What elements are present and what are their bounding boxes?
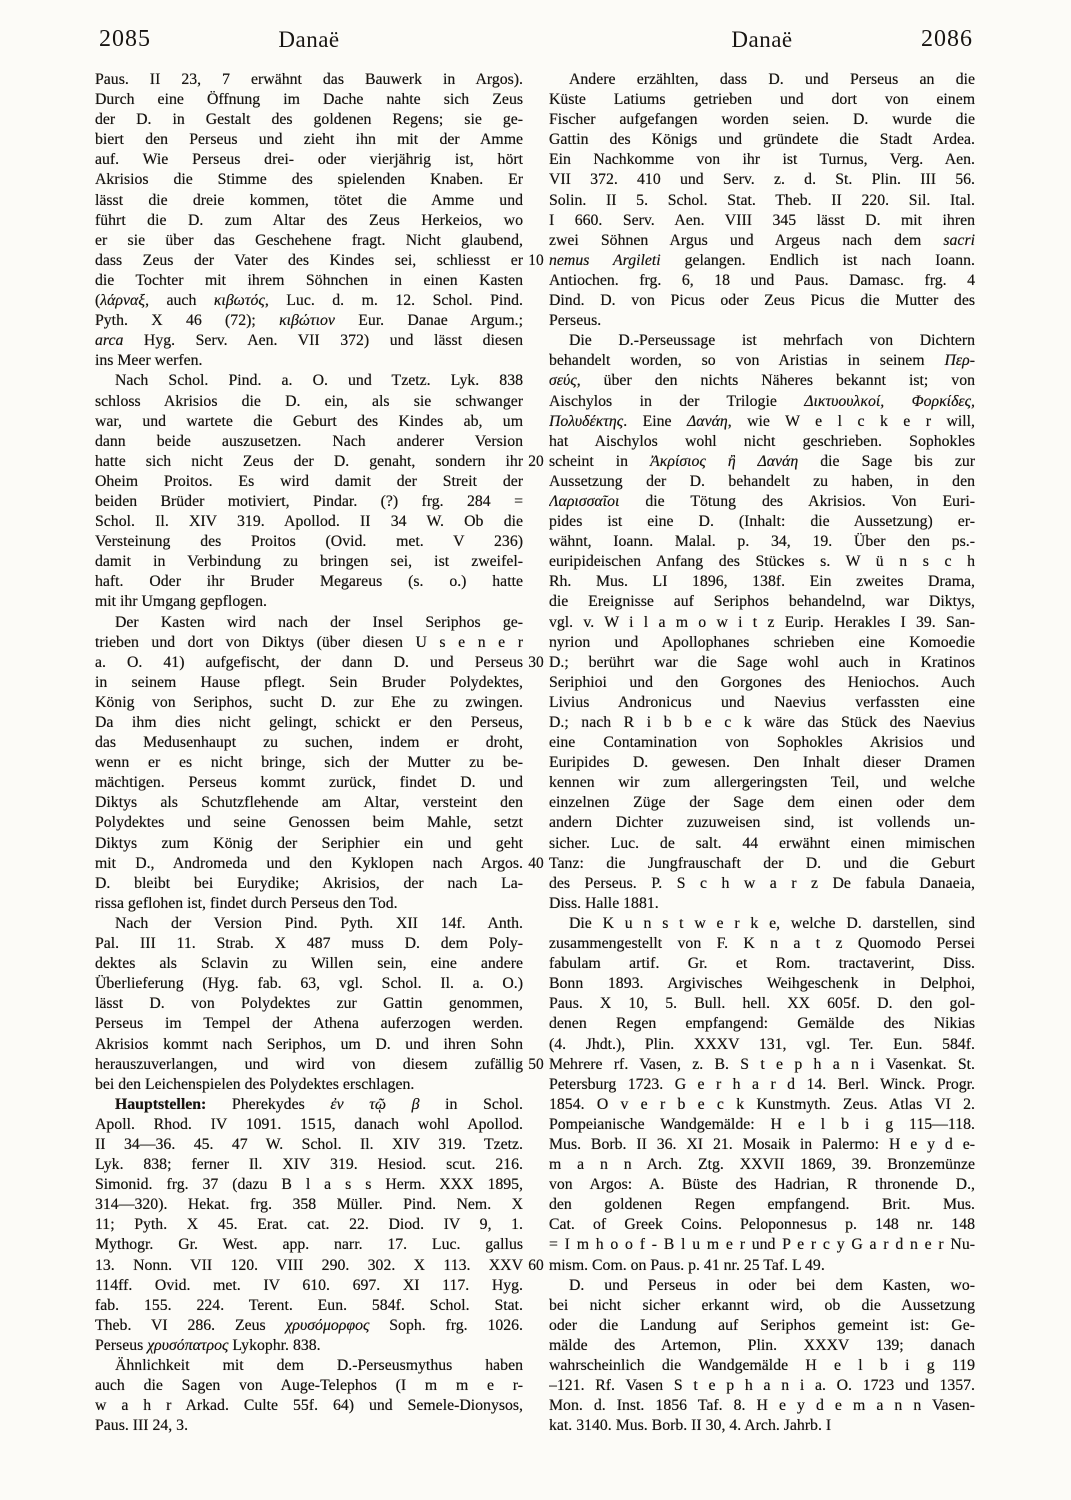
text-line: Seriphioi und den Gorgones des Heniochos… (549, 673, 975, 693)
text-line: Küste Latiums getrieben und dort von ein… (549, 90, 975, 110)
column-title-right: Danaë (549, 27, 975, 53)
text-line: des Perseus. P. S c h w a r z De fabula … (549, 874, 975, 894)
text-line: Πολυδέκτης. Eine Δανάη, wie W e l c k e … (549, 412, 975, 432)
text-line: Perseus im Tempel der Athena auferzogen … (95, 1014, 523, 1034)
text-line: Ähnlichkeit mit dem D.-Perseusmythus hab… (95, 1356, 523, 1376)
text-line: Bonn 1893. Argivisches Weihgeschenk in D… (549, 974, 975, 994)
text-line: Diktys zum König der Seriphier ein und g… (95, 834, 523, 854)
text-line: –121. Rf. Vasen S t e p h a n i a. O. 17… (549, 1376, 975, 1396)
text-line: pides ist eine D. (Inhalt: die Aussetzun… (549, 512, 975, 532)
paragraph: Die D.-Perseussage ist mehrfach von Dich… (549, 331, 975, 914)
text-line: D. und Perseus in oder bei dem Kasten, w… (549, 1276, 975, 1296)
text-line: Paus. X 10, 5. Bull. hell. XX 605f. D. d… (549, 994, 975, 1014)
text-line: hat Aischylos wohl nicht geschrieben. So… (549, 432, 975, 452)
text-line: Aischylos in der Trilogie Δικτυουλκοί, Φ… (549, 392, 975, 412)
paragraph: Nach der Version Pind. Pyth. XII 14f. An… (95, 914, 523, 1095)
text-line: Die K u n s t w e r k e, welche D. darst… (549, 914, 975, 934)
text-line: m a n n Arch. Ztg. XXVII 1869, 39. Bronz… (549, 1155, 975, 1175)
text-line: euripideischen Anfang des Stückes s. W ü… (549, 552, 975, 572)
text-line: Akrisios die Stimme des spielenden Knabe… (95, 170, 523, 190)
text-column-right: Andere erzählten, dass D. und Perseus an… (549, 70, 975, 1436)
text-line: kat. 3140. Mus. Borb. II 30, 4. Arch. Ja… (549, 1416, 975, 1436)
text-line: trieben und dort von Diktys (über diesen… (95, 633, 523, 653)
text-line: fab. 155. 224. Terent. Eun. 584f. Schol.… (95, 1296, 523, 1316)
text-line: auf. Wie Perseus drei- oder vierjährig i… (95, 150, 523, 170)
text-line: dektes als Sclavin zu Willen sein, eine … (95, 954, 523, 974)
text-line: haft. Oder ihr Bruder Megareus (s. o.) h… (95, 572, 523, 592)
text-line: Paus. III 24, 3. (95, 1416, 523, 1436)
text-line: biert den Perseus und zieht ihn mit der … (95, 130, 523, 150)
text-line: Paus. II 23, 7 erwähnt das Bauwerk in Ar… (95, 70, 523, 90)
text-line: Akrisios kommt nach Seriphos, um D. und … (95, 1035, 523, 1055)
text-line: lässt D. von Polydektes zur Gattin genom… (95, 994, 523, 1014)
text-line: Andere erzählten, dass D. und Perseus an… (549, 70, 975, 90)
text-line: mit ihr Umgang gepflogen. (95, 592, 523, 612)
text-line: a. O. 41) aufgefischt, der dann D. und P… (95, 653, 523, 673)
text-line: die Ereignisse auf Seriphos behandelnd, … (549, 592, 975, 612)
text-line: oder die Landung auf Seriphos gemeint is… (549, 1316, 975, 1336)
line-number: 10 (523, 251, 549, 271)
line-number-gutter: 102030405060 (523, 70, 549, 1440)
paragraph: Paus. II 23, 7 erwähnt das Bauwerk in Ar… (95, 70, 523, 371)
text-line: = I m h o o f - B l u m e r und P e r c … (549, 1235, 975, 1255)
text-line: 314—320). Hekat. frg. 358 Müller. Pind. … (95, 1195, 523, 1215)
text-line: w a h r Arkad. Culte 55f. 64) und Semele… (95, 1396, 523, 1416)
text-line: (λάρναξ, auch κιβωτός, Luc. d. m. 12. Sc… (95, 291, 523, 311)
paragraph: D. und Perseus in oder bei dem Kasten, w… (549, 1276, 975, 1437)
text-line: führt die D. zum Altar des Zeus Herkeios… (95, 211, 523, 231)
text-line: Versteinung des Proitos (Ovid. met. V 23… (95, 532, 523, 552)
text-line: Die D.-Perseussage ist mehrfach von Dich… (549, 331, 975, 351)
text-line: bei nicht sicher erkannt wird, ob die Au… (549, 1296, 975, 1316)
text-line: auch die Sagen von Auge-Telephos (I m m … (95, 1376, 523, 1396)
text-line: σεύς, über den nichts Näheres bekannt is… (549, 371, 975, 391)
text-line: Ein Nachkomme von ihr ist Turnus, Verg. … (549, 150, 975, 170)
text-line: eine Contamination von Sophokles Akrisio… (549, 733, 975, 753)
text-line: sicher. Luc. de salt. 44 erwähnt einen m… (549, 834, 975, 854)
text-line: Oheim Proitos. Es wird damit der Streit … (95, 472, 523, 492)
text-line: I 660. Serv. Aen. VIII 345 lässt D. mit … (549, 211, 975, 231)
text-line: Durch eine Öffnung im Dache nahte sich Z… (95, 90, 523, 110)
paragraph: Nach Schol. Pind. a. O. und Tzetz. Lyk. … (95, 371, 523, 612)
text-line: Simonid. frg. 37 (dazu B l a s s Herm. X… (95, 1175, 523, 1195)
text-line: dann beide auszusetzen. Nach anderer Ver… (95, 432, 523, 452)
text-line: Diktys als Schutzflehende am Altar, vers… (95, 793, 523, 813)
page-number-right: 2086 (921, 26, 973, 53)
text-line: vgl. v. W i l a m o w i t z Eurip. Herak… (549, 613, 975, 633)
line-number: 50 (523, 1055, 549, 1075)
text-line: Mon. d. Inst. 1856 Taf. 8. H e y d e m a… (549, 1396, 975, 1416)
text-line: damit in Verbindung zu bringen sei, ist … (95, 552, 523, 572)
text-line: zwei Söhnen Argus und Argeus nach dem sa… (549, 231, 975, 251)
paragraph: Ähnlichkeit mit dem D.-Perseusmythus hab… (95, 1356, 523, 1436)
column-title-left: Danaë (95, 27, 523, 53)
text-line: D.; nach R i b b e c k wäre das Stück de… (549, 713, 975, 733)
text-line: wahrscheinlich die Wandgemälde H e l b i… (549, 1356, 975, 1376)
text-line: Schol. Il. XIV 319. Apollod. II 34 W. Ob… (95, 512, 523, 532)
text-line: beiden Brüder motiviert, Pindar. (?) frg… (95, 492, 523, 512)
text-line: lässt die dreie kommen, tötet die Amme u… (95, 191, 523, 211)
text-line: Mehrere rf. Vasen, z. B. S t e p h a n i… (549, 1055, 975, 1075)
text-line: Aussetzung der D. behandelt zu haben, in… (549, 472, 975, 492)
text-line: mit D., Andromeda und den Kyklopen nach … (95, 854, 523, 874)
paragraph: Der Kasten wird nach der Insel Seriphos … (95, 613, 523, 914)
text-line: (4. Jhdt.), Plin. XXXV 131, vgl. Ter. Eu… (549, 1035, 975, 1055)
text-line: Dind. D. von Picus oder Zeus Picus die M… (549, 291, 975, 311)
text-line: in seinem Hause pflegt. Sein Bruder Poly… (95, 673, 523, 693)
text-line: D.; berührt war die Sage wohl auch in Kr… (549, 653, 975, 673)
text-line: zusammengestellt von F. K n a t z Quomod… (549, 934, 975, 954)
text-line: nemus Argileti gelangen. Endlich ist nac… (549, 251, 975, 271)
text-line: Nach der Version Pind. Pyth. XII 14f. An… (95, 914, 523, 934)
text-line: hatte sich nicht Zeus der D. genaht, son… (95, 452, 523, 472)
text-line: II 34—36. 45. 47 W. Schol. Il. XIV 319. … (95, 1135, 523, 1155)
text-line: fabulam artif. Gr. et Rom. tractaverint,… (549, 954, 975, 974)
text-line: scheint in Ἀκρίσιος ἢ Δανάη die Sage bis… (549, 452, 975, 472)
text-line: D. bleibt bei Eurydike; Akrisios, der na… (95, 874, 523, 894)
text-line: Diss. Halle 1881. (549, 894, 975, 914)
text-line: kennen wir zum allergeringsten Teil, und… (549, 773, 975, 793)
text-line: Polydektes und seine Genossen beim Mahle… (95, 813, 523, 833)
text-line: die Tochter mit ihrem Söhnchen in einen … (95, 271, 523, 291)
text-line: ins Meer werfen. (95, 351, 523, 371)
text-line: Cat. of Greek Coins. Peloponnesus p. 148… (549, 1215, 975, 1235)
text-line: 1854. O v e r b e c k Kunstmyth. Zeus. A… (549, 1095, 975, 1115)
text-line: rissa geflohen ist, findet durch Perseus… (95, 894, 523, 914)
text-line: 13. Nonn. VII 120. VIII 290. 302. X 113.… (95, 1256, 523, 1276)
text-line: Nach Schol. Pind. a. O. und Tzetz. Lyk. … (95, 371, 523, 391)
text-line: Mus. Borb. II 36. XI 21. Mosaik in Paler… (549, 1135, 975, 1155)
text-line: Mythogr. Gr. West. app. narr. 17. Luc. g… (95, 1235, 523, 1255)
text-line: Pompeianische Wandgemälde: H e l b i g 1… (549, 1115, 975, 1135)
text-line: Gattin des Königs und gründete die Stadt… (549, 130, 975, 150)
text-line: von Argos: A. Büste des Hadrian, R thron… (549, 1175, 975, 1195)
text-column-left: Paus. II 23, 7 erwähnt das Bauwerk in Ar… (95, 70, 523, 1436)
text-line: Tanz: die Jungfrauschaft der D. und die … (549, 854, 975, 874)
text-line: den goldenen Regen empfangend. Brit. Mus… (549, 1195, 975, 1215)
page-header: 2085 Danaë Danaë 2086 (95, 26, 975, 60)
text-line: einzelnen Züge der Sage dem einen oder d… (549, 793, 975, 813)
text-line: das Medusenhaupt zu suchen, indem er dro… (95, 733, 523, 753)
text-line: Perseus. (549, 311, 975, 331)
text-line: mälde des Artemon, Plin. XXXV 139; danac… (549, 1336, 975, 1356)
text-line: schloss Akrisios die D. ein, als sie sch… (95, 392, 523, 412)
paragraph: Hauptstellen: Pherekydes ἐν τῷ β in Scho… (95, 1095, 523, 1356)
line-number: 40 (523, 854, 549, 874)
text-line: war, und wartete die Geburt des Kindes a… (95, 412, 523, 432)
text-line: Livius Andronicus und Naevius verfassten… (549, 693, 975, 713)
text-line: Pyth. X 46 (72); κιβώτιον Eur. Danae Arg… (95, 311, 523, 331)
text-line: behandelt worden, so von Aristias in sei… (549, 351, 975, 371)
line-number: 30 (523, 653, 549, 673)
text-line: mism. Com. on Paus. p. 41 nr. 25 Taf. L … (549, 1256, 975, 1276)
text-line: Perseus χρυσόπατρος Lykophr. 838. (95, 1336, 523, 1356)
paragraph: Andere erzählten, dass D. und Perseus an… (549, 70, 975, 331)
text-line: 11; Pyth. X 45. Erat. cat. 22. Diod. IV … (95, 1215, 523, 1235)
text-line: andern Dichter zuzuweisen sind, ist voll… (549, 813, 975, 833)
text-line: bei den Leichenspielen des Polydektes er… (95, 1075, 523, 1095)
text-line: denen Regen empfangend: Gemälde des Niki… (549, 1014, 975, 1034)
text-line: Λαρισσαῖοι die Tötung des Akrisios. Von … (549, 492, 975, 512)
text-line: Hauptstellen: Pherekydes ἐν τῷ β in Scho… (95, 1095, 523, 1115)
text-line: König von Seriphos, sucht D. zur Ehe zu … (95, 693, 523, 713)
text-line: Solin. II 5. Schol. Stat. Theb. II 220. … (549, 191, 975, 211)
text-line: mächtigen. Perseus kommt zurück, findet … (95, 773, 523, 793)
text-line: wenn er es nicht bringe, sich der Mutter… (95, 753, 523, 773)
text-line: Fischer aufgefangen worden seien. D. wur… (549, 110, 975, 130)
line-number: 60 (523, 1256, 549, 1276)
text-line: Petersburg 1723. G e r h a r d 14. Berl.… (549, 1075, 975, 1095)
text-line: Da ihm dies nicht gelingt, schickt er de… (95, 713, 523, 733)
text-line: Antiochen. frg. 6, 18 und Paus. Damasc. … (549, 271, 975, 291)
text-line: wähnt, Ioann. Malal. p. 34, 19. Über den… (549, 532, 975, 552)
text-line: Der Kasten wird nach der Insel Seriphos … (95, 613, 523, 633)
text-line: VII 372. 410 und Serv. z. d. St. Plin. I… (549, 170, 975, 190)
text-line: Pal. III 11. Strab. X 487 muss D. dem Po… (95, 934, 523, 954)
text-line: Euripides D. gewesen. Den Inhalt dieser … (549, 753, 975, 773)
text-line: 114ff. Ovid. met. IV 610. 697. XI 117. H… (95, 1276, 523, 1296)
line-number: 20 (523, 452, 549, 472)
text-line: arca Hyg. Serv. Aen. VII 372) und lässt … (95, 331, 523, 351)
paragraph: Die K u n s t w e r k e, welche D. darst… (549, 914, 975, 1276)
text-line: Theb. VI 286. Zeus χρυσόμορφος Soph. frg… (95, 1316, 523, 1336)
text-line: Überlieferung (Hyg. fab. 63, vgl. Schol.… (95, 974, 523, 994)
text-line: der D. in Gestalt des goldenen Regens; s… (95, 110, 523, 130)
text-line: nyrion und Apollophanes schrieben eine K… (549, 633, 975, 653)
text-line: Rh. Mus. LI 1896, 138f. Ein zweites Dram… (549, 572, 975, 592)
text-line: dass Zeus der Vater des Kindes sei, schl… (95, 251, 523, 271)
text-line: Lyk. 838; ferner Il. XIV 319. Hesiod. sc… (95, 1155, 523, 1175)
text-line: Apoll. Rhod. IV 1091. 1515, danach wohl … (95, 1115, 523, 1135)
lexicon-page: 2085 Danaë Danaë 2086 Paus. II 23, 7 erw… (0, 0, 1071, 1500)
text-line: herauszuverlangen, und wird von diesem z… (95, 1055, 523, 1075)
text-line: er sie über das Geschehene fragt. Nicht … (95, 231, 523, 251)
